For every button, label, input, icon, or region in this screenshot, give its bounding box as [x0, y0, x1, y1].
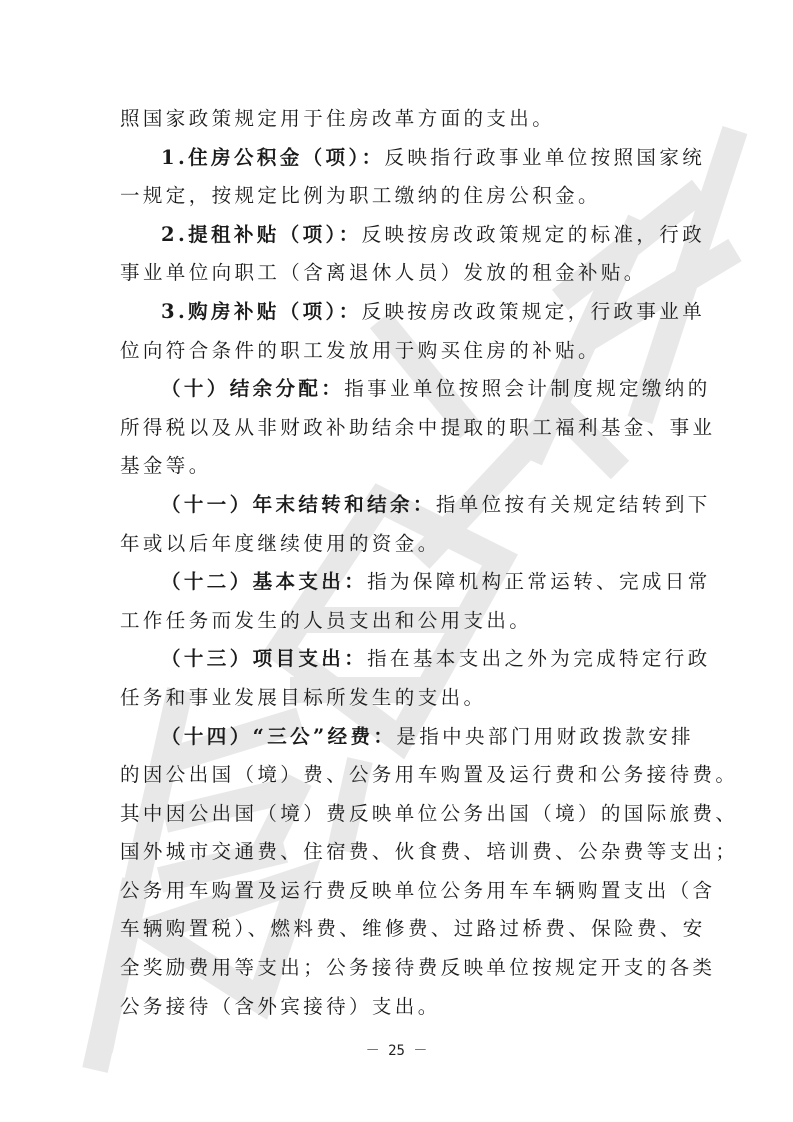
text-line: 车辆购置税）、燃料费、维修费、过路过桥费、保险费、安	[120, 910, 675, 949]
text-line: 国外城市交通费、住宿费、伙食费、培训费、公杂费等支出；	[120, 833, 675, 872]
section-three-public-expenses: （十四）“三公”经费：是指中央部门用财政拨款安排	[120, 718, 675, 757]
section-heading: （十四）“三公”经费：	[161, 725, 396, 748]
section-year-end-carryover: （十一）年末结转和结余：指单位按有关规定结转到下	[120, 486, 675, 525]
section-heading: （十二）基本支出：	[161, 570, 367, 593]
text-line: 指为保障机构正常运转、完成日常	[367, 570, 711, 593]
section-heading: （十三）项目支出：	[161, 647, 367, 670]
section-surplus-distribution: （十）结余分配：指事业单位按照会计制度规定缴纳的	[120, 370, 675, 409]
item-heading: 3.购房补贴（项）：	[161, 300, 362, 323]
text-line: 位向符合条件的职工发放用于购买住房的补贴。	[120, 332, 675, 371]
text-line: 公务用车购置及运行费反映单位公务用车车辆购置支出（含	[120, 872, 675, 911]
text-line: 基金等。	[120, 447, 675, 486]
text-line: 的因公出国（境）费、公务用车购置及运行费和公务接待费。	[120, 756, 675, 795]
text-line: 反映指行政事业单位按照国家统	[385, 146, 706, 169]
section-basic-expenditure: （十二）基本支出：指为保障机构正常运转、完成日常	[120, 563, 675, 602]
item-rent-subsidy: 2.提租补贴（项）：反映按房改政策规定的标准，行政	[120, 216, 675, 255]
text-line: 其中因公出国（境）费反映单位公务出国（境）的国际旅费、	[120, 795, 675, 834]
section-heading: （十）结余分配：	[161, 377, 344, 400]
page-number: － 25 －	[0, 1040, 793, 1060]
text-line: 指事业单位按照会计制度规定缴纳的	[344, 377, 710, 400]
section-project-expenditure: （十三）项目支出：指在基本支出之外为完成特定行政	[120, 640, 675, 679]
text-line: 任务和事业发展目标所发生的支出。	[120, 679, 675, 718]
text-line: 所得税以及从非财政补助结余中提取的职工福利基金、事业	[120, 409, 675, 448]
item-housing-fund: 1.住房公积金（项）：反映指行政事业单位按照国家统	[120, 139, 675, 178]
item-heading: 2.提租补贴（项）：	[161, 223, 362, 246]
text-line: 是指中央部门用财政拨款安排	[396, 725, 694, 748]
text-line: 指在基本支出之外为完成特定行政	[367, 647, 711, 670]
text-line: 事业单位向职工（含离退休人员）发放的租金补贴。	[120, 254, 675, 293]
text-line: 反映按房改政策规定的标准，行政	[362, 223, 706, 246]
document-page: 照国家政策规定用于住房改革方面的支出。 1.住房公积金（项）：反映指行政事业单位…	[0, 0, 793, 1122]
text-line: 一规定，按规定比例为职工缴纳的住房公积金。	[120, 177, 675, 216]
text-line: 指单位按有关规定结转到下	[436, 493, 711, 516]
text-line: 反映按房改政策规定，行政事业单	[362, 300, 706, 323]
text-line: 年或以后年度继续使用的资金。	[120, 525, 675, 564]
text-line: 公务接待（含外宾接待）支出。	[120, 988, 675, 1027]
text-line: 全奖励费用等支出；公务接待费反映单位按规定开支的各类	[120, 949, 675, 988]
section-heading: （十一）年末结转和结余：	[161, 493, 436, 516]
item-purchase-subsidy: 3.购房补贴（项）：反映按房改政策规定，行政事业单	[120, 293, 675, 332]
text-line: 照国家政策规定用于住房改革方面的支出。	[120, 100, 675, 139]
document-body: 照国家政策规定用于住房改革方面的支出。 1.住房公积金（项）：反映指行政事业单位…	[120, 100, 675, 1026]
item-heading: 1.住房公积金（项）：	[161, 146, 385, 169]
text-line: 工作任务而发生的人员支出和公用支出。	[120, 602, 675, 641]
